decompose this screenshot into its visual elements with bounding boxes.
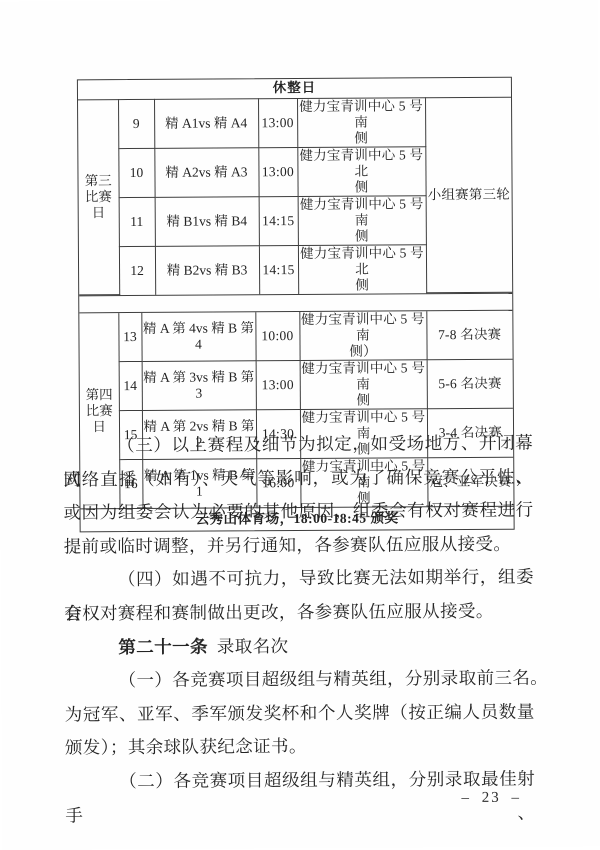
article-heading: 第二十一条录取名次 [64, 628, 534, 664]
teams-cell: 精 A 第 4vs 精 B 第 4 [141, 312, 255, 361]
body-text: （三）以上赛程及细节为拟定，如受场地方、开闭幕式、 网络直播（如有）、天气等影响… [63, 427, 535, 799]
day-label-line: 第三 [79, 173, 117, 189]
venue-line: 健力宝青训中心 5 号北 [300, 245, 424, 276]
rest-day-label: 休整日 [78, 78, 511, 100]
teams-cell: 精 A1vs 精 A4 [154, 98, 258, 148]
time-cell: 13:00 [258, 147, 297, 196]
venue-cell: 健力宝青训中心 5 号北 侧 [298, 244, 426, 293]
time-cell: 14:15 [259, 196, 298, 245]
schedule-table-day3: 休整日 第三 比赛 日 9 精 A1vs 精 A4 13:00 健力宝青训中心 … [78, 78, 512, 296]
venue-line: 侧 [355, 228, 369, 243]
body-line: 或因为组委会认为必要的其他原因，组委会有权对赛程进行 [63, 494, 533, 530]
venue-cell: 健力宝青训中心 5 号南 侧 [298, 195, 426, 245]
venue-cell: 健力宝青训中心 5 号南 侧 [297, 97, 425, 147]
venue-cell: 健力宝青训中心 5 号南 侧 [300, 360, 427, 410]
venue-line: 侧 [354, 130, 368, 145]
table-row: 第三 比赛 日 9 精 A1vs 精 A4 13:00 健力宝青训中心 5 号南… [78, 97, 511, 149]
body-line: （三）以上赛程及细节为拟定，如受场地方、开闭幕式、 [63, 427, 533, 463]
stage-cell: 5-6 名决赛 [427, 359, 513, 409]
teams-cell: 精 B1vs 精 B4 [155, 196, 259, 246]
page-number: – 23 – [439, 790, 543, 808]
venue-line: 侧 [356, 393, 370, 408]
document-page: 休整日 第三 比赛 日 9 精 A1vs 精 A4 13:00 健力宝青训中心 … [0, 0, 600, 848]
venue-line: 侧 [355, 277, 369, 292]
match-number-cell: 13 [118, 313, 141, 362]
match-number-cell: 11 [119, 197, 155, 246]
match-number-cell: 14 [119, 361, 142, 410]
rest-day-row: 休整日 [78, 78, 511, 100]
venue-line: 健力宝青训中心 5 号北 [299, 147, 423, 178]
teams-cell: 精 A 第 3vs 精 B 第 3 [142, 361, 256, 411]
match-number-cell: 9 [118, 99, 154, 148]
teams-cell: 精 B2vs 精 B3 [155, 245, 259, 294]
time-cell: 13:00 [258, 98, 297, 147]
day-label-line: 比赛 [81, 403, 118, 419]
venue-line: 健力宝青训中心 5 号南 [301, 360, 425, 391]
day-label-line: 比赛 [80, 189, 118, 205]
venue-line: 侧 [355, 179, 369, 194]
body-line: 有权对赛程和赛制做出更改，各参赛队伍应服从接受。 [64, 595, 534, 631]
body-line: （四）如遇不可抗力，导致比赛无法如期举行，组委会 [64, 561, 534, 597]
venue-cell: 健力宝青训中心 5 号南 侧） [299, 311, 426, 360]
table-row: 14 精 A 第 3vs 精 B 第 3 13:00 健力宝青训中心 5 号南 … [80, 359, 513, 411]
time-cell: 14:15 [259, 245, 298, 294]
teams-cell: 精 A2vs 精 A3 [154, 147, 258, 197]
day-label-line: 日 [80, 205, 118, 221]
venue-cell: 健力宝青训中心 5 号北 侧 [297, 146, 425, 196]
article-number: 第二十一条 [118, 636, 208, 657]
body-line: 颁发）；其余球队获纪念证书。 [65, 729, 535, 765]
body-line: 提前或临时调整，并另行通知，各参赛队伍应服从接受。 [64, 527, 534, 563]
venue-line: 健力宝青训中心 5 号南 [300, 196, 424, 227]
venue-line: 侧） [349, 344, 376, 359]
stage-cell: 7-8 名决赛 [426, 311, 512, 360]
body-line: 网络直播（如有）、天气等影响，或为了确保竞赛公平性， [63, 460, 533, 496]
time-cell: 13:00 [256, 361, 300, 410]
match-number-cell: 10 [118, 148, 154, 197]
article-title: 录取名次 [217, 636, 289, 656]
day-label-line: 第四 [81, 387, 118, 403]
body-line: 为冠军、亚军、季军颁发奖杯和个人奖牌（按正编人员数量 [65, 695, 535, 731]
match-number-cell: 12 [119, 246, 155, 295]
venue-line: 健力宝青训中心 5 号南 [299, 98, 423, 129]
body-line: （一）各竞赛项目超级组与精英组，分别录取前三名。 [64, 662, 534, 698]
venue-line: 健力宝青训中心 5 号南 [301, 311, 425, 342]
day-cell: 第三 比赛 日 [78, 99, 119, 295]
time-cell: 10:00 [255, 312, 299, 361]
stage-cell: 小组赛第三轮 [425, 97, 512, 293]
table-row: 第四 比赛 日 13 精 A 第 4vs 精 B 第 4 10:00 健力宝青训… [79, 311, 512, 362]
